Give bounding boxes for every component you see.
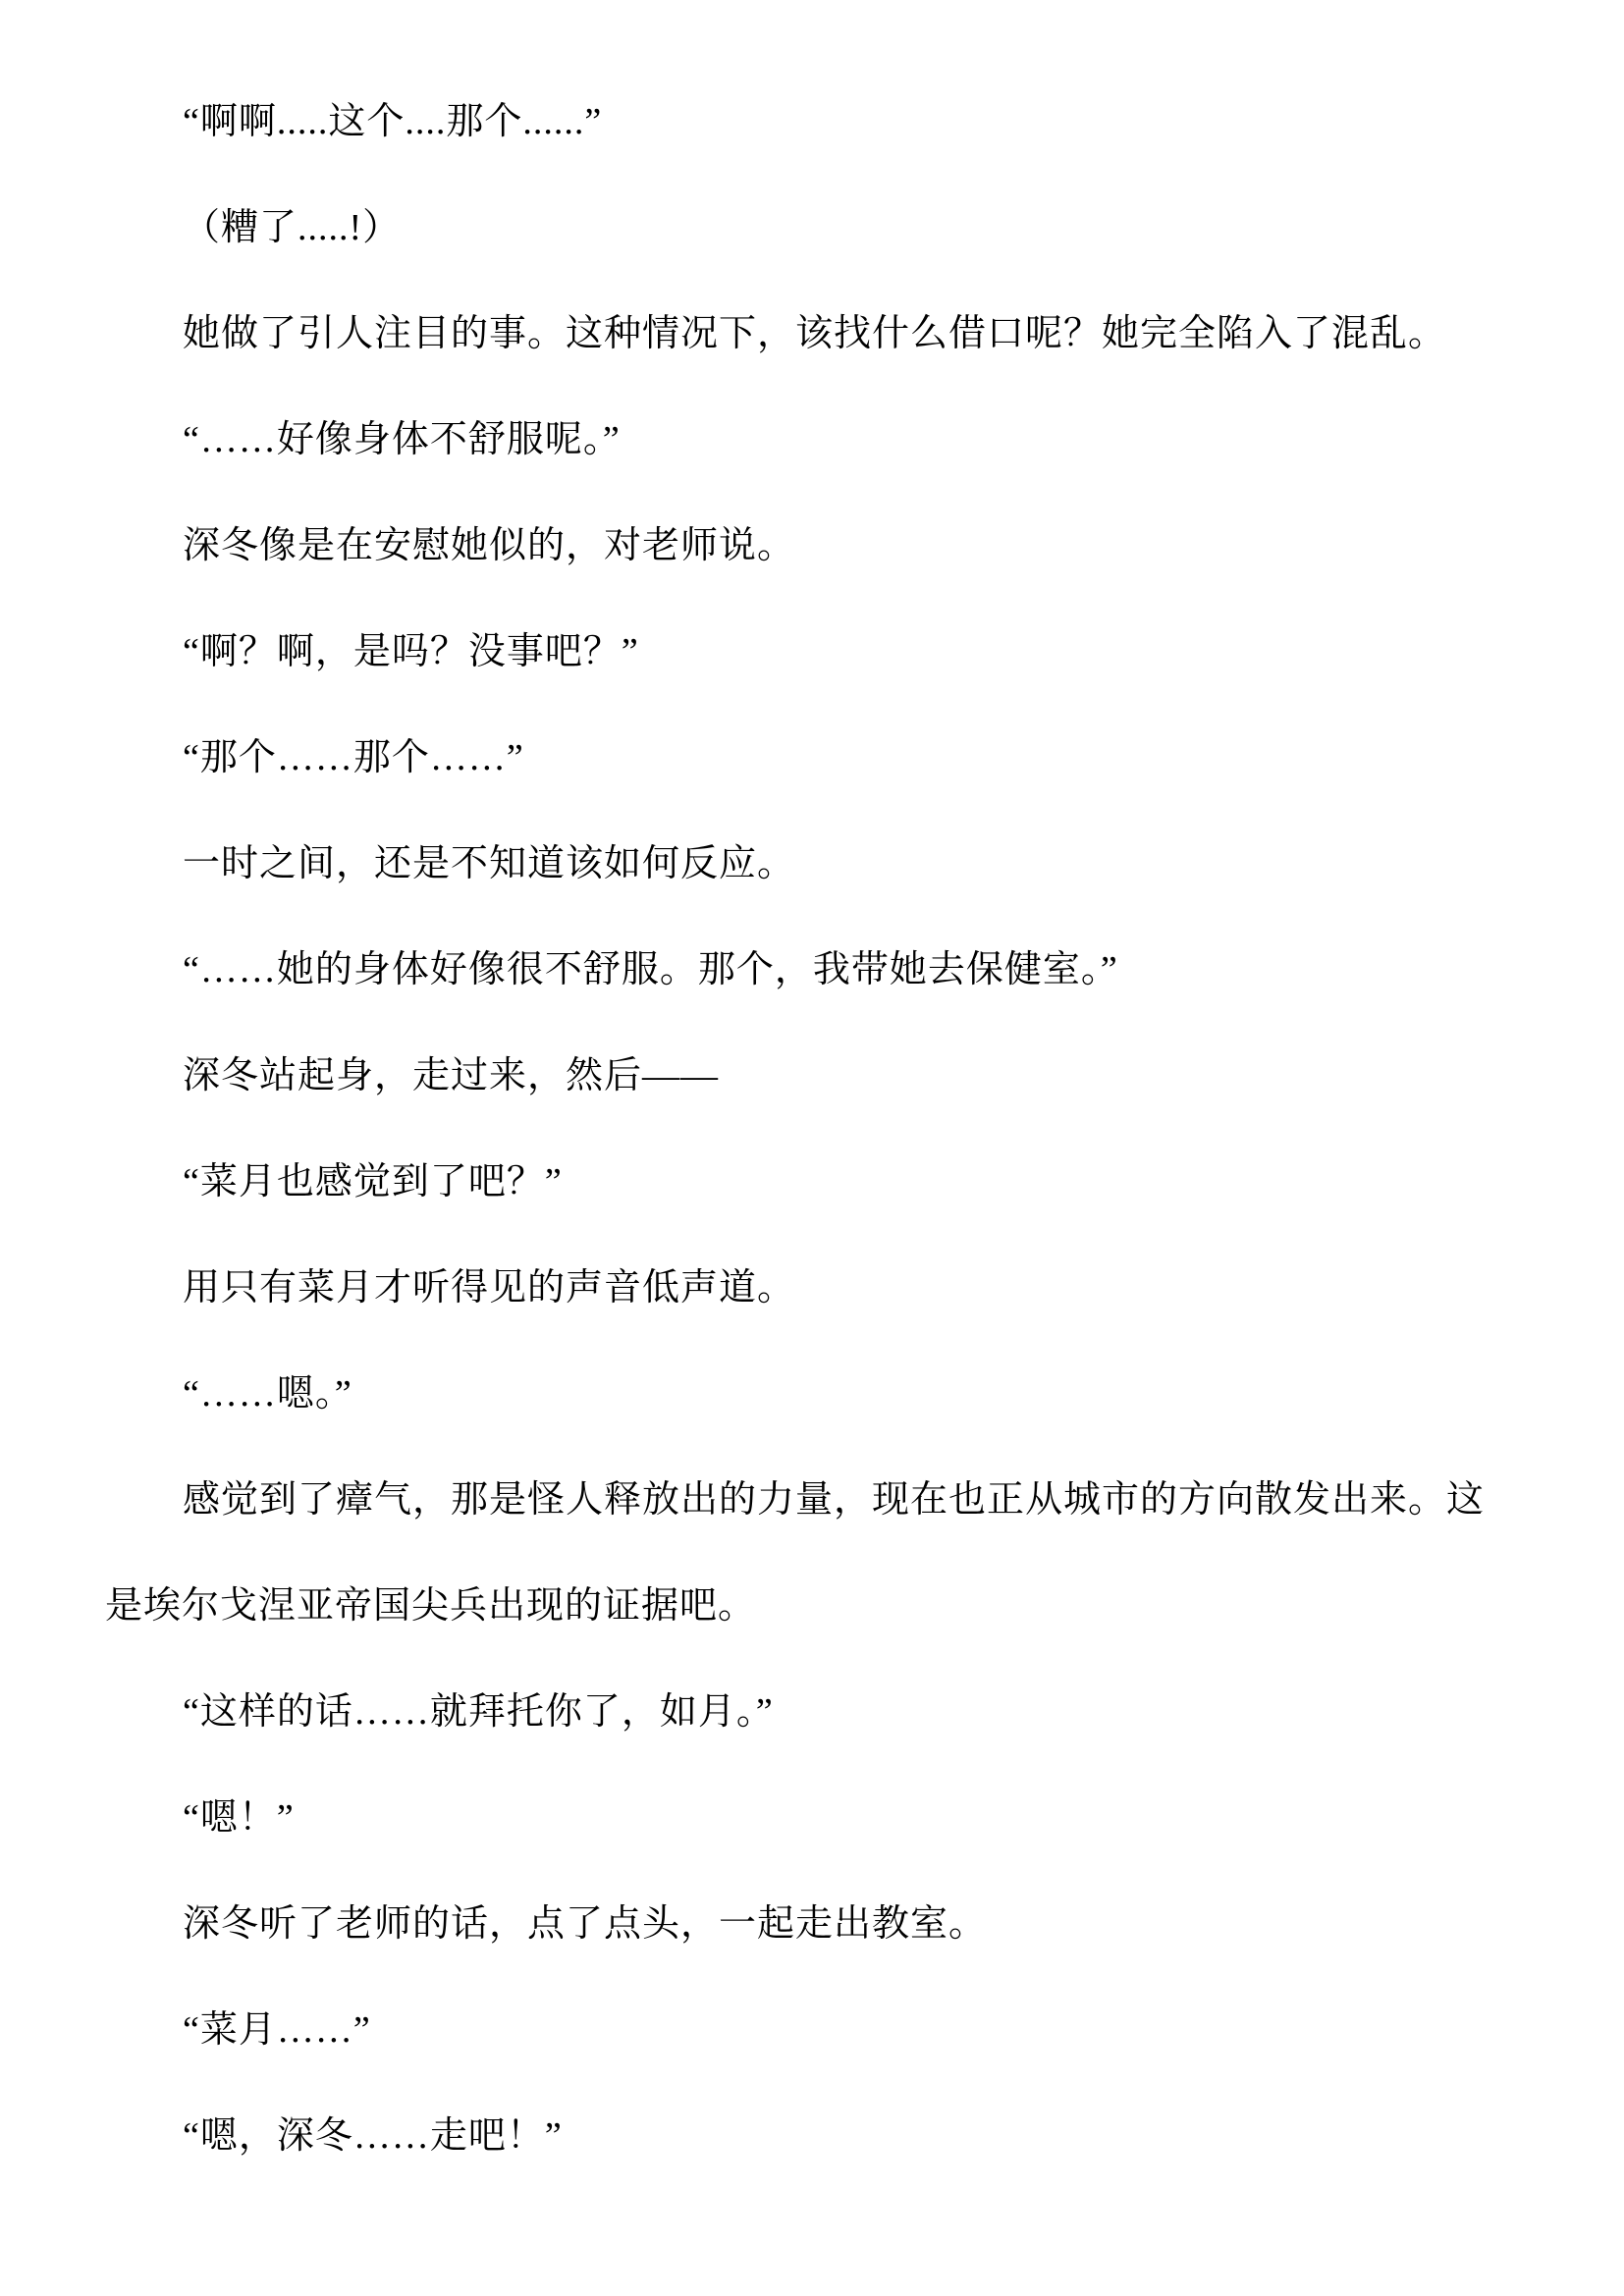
- paragraph-19: “嗯，深冬……走吧！”: [105, 2083, 1509, 2189]
- paragraph-15: “这样的话……就拜托你了，如月。”: [105, 1659, 1509, 1765]
- paragraph-18: “菜月……”: [105, 1977, 1509, 2083]
- document-page: “啊啊.....这个....那个......” （糟了.....!） 她做了引人…: [0, 0, 1624, 2296]
- paragraph-11: “菜月也感觉到了吧？”: [105, 1129, 1509, 1235]
- paragraph-02: （糟了.....!）: [105, 175, 1509, 281]
- paragraph-09: “……她的身体好像很不舒服。那个，我带她去保健室。”: [105, 917, 1509, 1023]
- paragraph-08: 一时之间，还是不知道该如何反应。: [105, 811, 1509, 917]
- paragraph-01: “啊啊.....这个....那个......”: [105, 69, 1509, 175]
- paragraph-16: “嗯！”: [105, 1765, 1509, 1871]
- paragraph-12: 用只有菜月才听得见的声音低声道。: [105, 1235, 1509, 1341]
- paragraph-17: 深冬听了老师的话，点了点头，一起走出教室。: [105, 1871, 1509, 1977]
- paragraph-13: “……嗯。”: [105, 1341, 1509, 1447]
- document-text-body: “啊啊.....这个....那个......” （糟了.....!） 她做了引人…: [105, 69, 1509, 2189]
- paragraph-07: “那个……那个……”: [105, 705, 1509, 811]
- paragraph-14: 感觉到了瘴气，那是怪人释放出的力量，现在也正从城市的方向散发出来。这是埃尔戈涅亚…: [105, 1447, 1509, 1659]
- paragraph-05: 深冬像是在安慰她似的，对老师说。: [105, 493, 1509, 599]
- paragraph-04: “……好像身体不舒服呢。”: [105, 387, 1509, 493]
- paragraph-10: 深冬站起身，走过来，然后——: [105, 1023, 1509, 1129]
- paragraph-03: 她做了引人注目的事。这种情况下，该找什么借口呢？她完全陷入了混乱。: [105, 281, 1509, 387]
- paragraph-06: “啊？啊，是吗？没事吧？”: [105, 599, 1509, 705]
